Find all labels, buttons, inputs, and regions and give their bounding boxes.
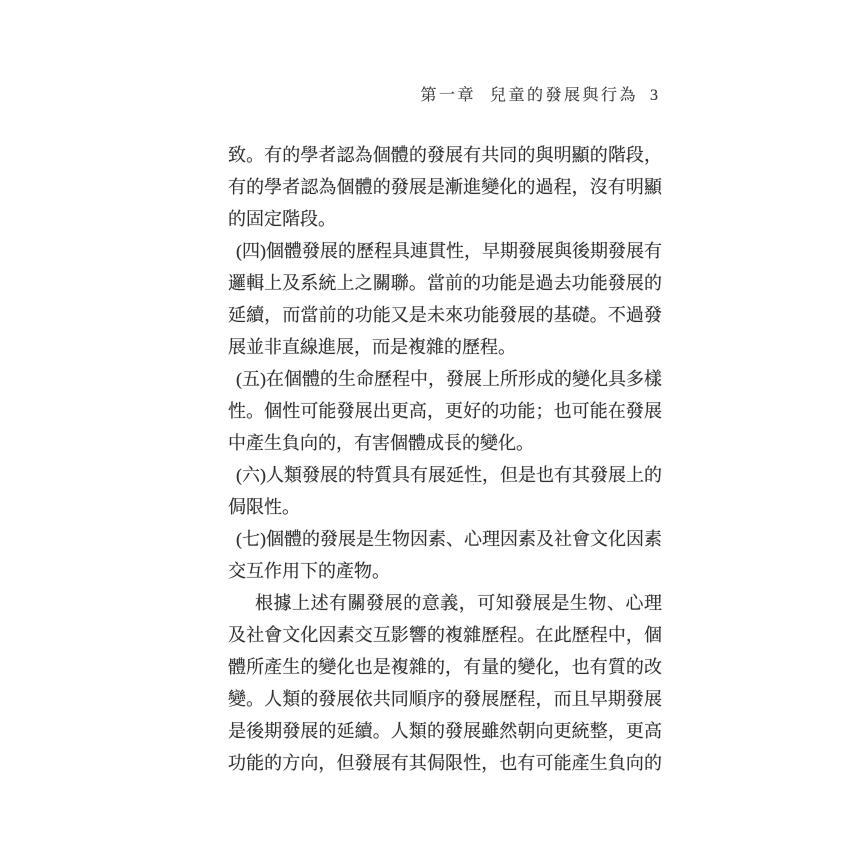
text-line: 侷限性。 (228, 491, 662, 523)
text-line: 及社會文化因素交互影響的複雜歷程。在此歷程中，個 (228, 619, 662, 651)
chapter-label: 第一章 (420, 87, 476, 104)
text-line: (七)個體的發展是生物因素、心理因素及社會文化因素 (228, 523, 662, 555)
text-line: (五)在個體的生命歷程中，發展上所形成的變化具多樣 (228, 363, 662, 395)
text-line: 性。個性可能發展出更高，更好的功能；也可能在發展 (228, 395, 662, 427)
text-line: 中產生負向的，有害個體成長的變化。 (228, 427, 662, 459)
page-number: 3 (650, 87, 658, 104)
text-line: 變。人類的發展依共同順序的發展歷程，而且早期發展 (228, 683, 662, 715)
text-line: 交互作用下的產物。 (228, 555, 662, 587)
text-line: 延續，而當前的功能又是未來功能發展的基礎。不過發 (228, 299, 662, 331)
text-line: 展並非直線進展，而是複雜的歷程。 (228, 331, 662, 363)
book-page: 第一章兒童的發展與行為3 致。有的學者認為個體的發展有共同的與明顯的階段， 有的… (0, 0, 850, 850)
text-line: (六)人類發展的特質具有展延性，但是也有其發展上的 (228, 459, 662, 491)
text-line: 功能的方向，但發展有其侷限性，也有可能產生負向的 (228, 747, 662, 779)
text-line: 的固定階段。 (228, 203, 662, 235)
text-line: 邏輯上及系統上之關聯。當前的功能是過去功能發展的 (228, 267, 662, 299)
text-line: 致。有的學者認為個體的發展有共同的與明顯的階段， (228, 139, 662, 171)
chapter-title: 兒童的發展與行為 (490, 87, 638, 104)
text-line: 是後期發展的延續。人類的發展雖然朝向更統整，更高 (228, 715, 662, 747)
text-line: (四)個體發展的歷程具連貫性，早期發展與後期發展有 (228, 235, 662, 267)
scan-artifact: ՚ · (448, 478, 484, 491)
body-text: 致。有的學者認為個體的發展有共同的與明顯的階段， 有的學者認為個體的發展是漸進變… (228, 139, 662, 779)
text-line: 體所產生的變化也是複雜的，有量的變化，也有質的改 (228, 651, 662, 683)
running-head: 第一章兒童的發展與行為3 (228, 82, 658, 105)
text-line: 有的學者認為個體的發展是漸進變化的過程，沒有明顯 (228, 171, 662, 203)
text-line: 根據上述有關發展的意義，可知發展是生物、心理 (228, 587, 662, 619)
